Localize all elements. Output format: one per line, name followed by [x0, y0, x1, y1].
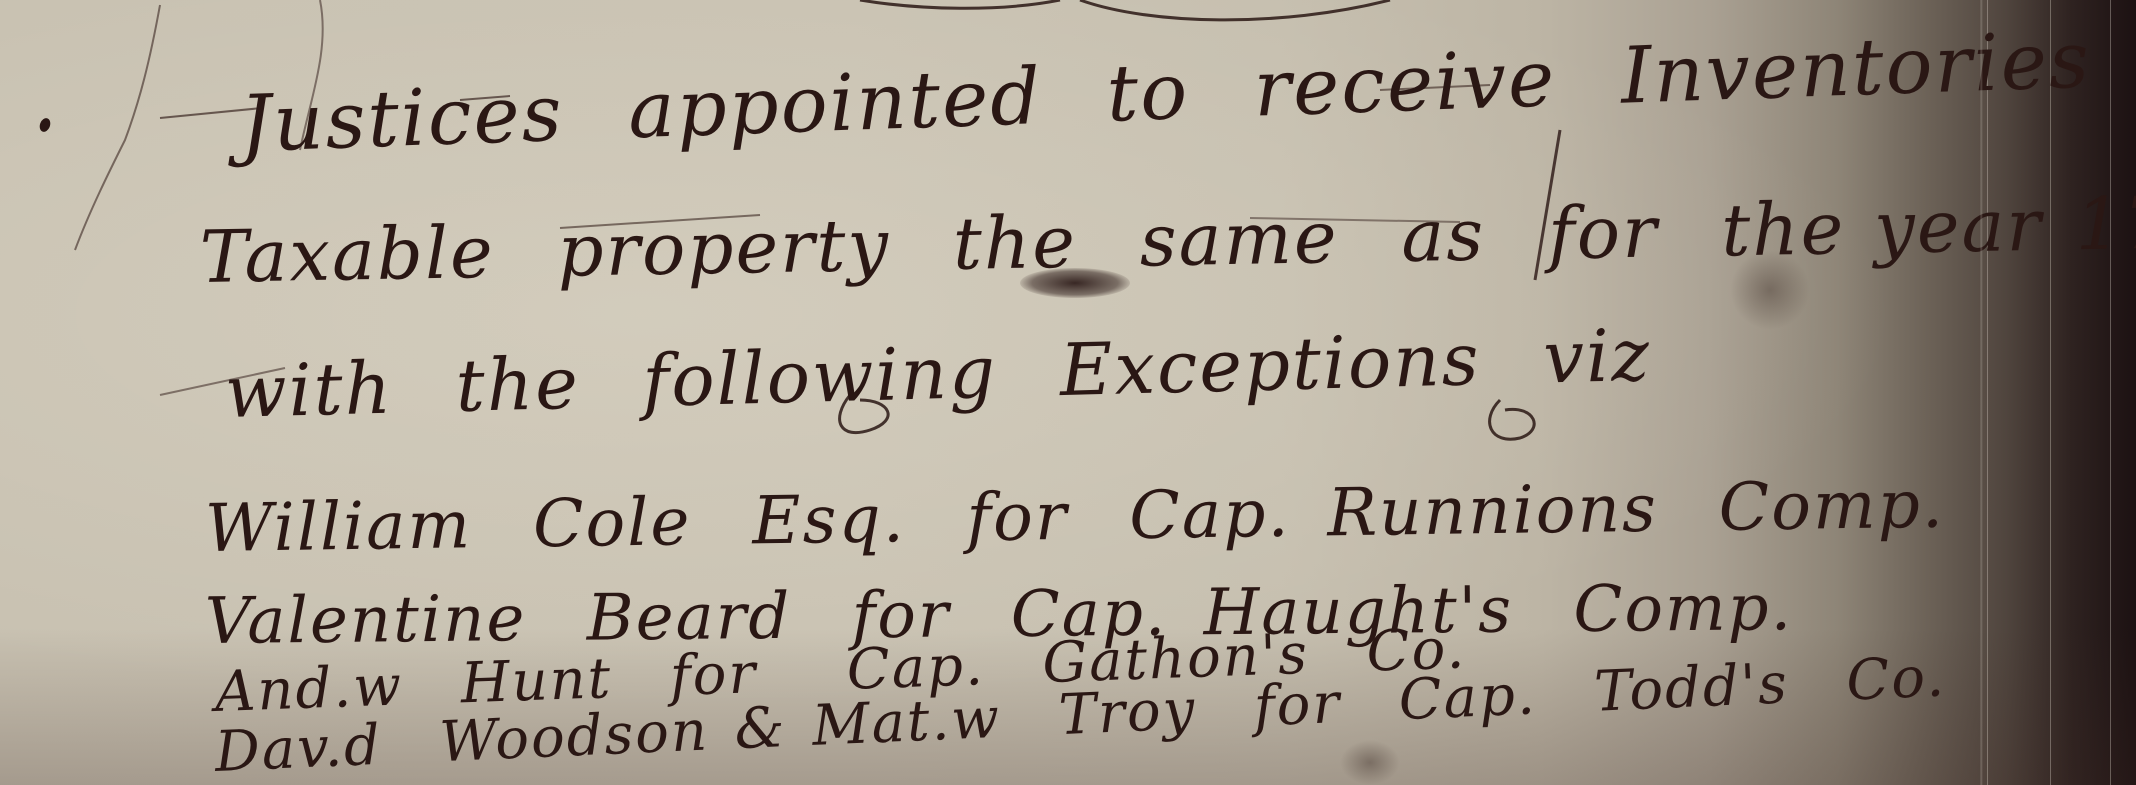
word: Taxable: [199, 210, 495, 299]
word: viz: [1542, 313, 1652, 400]
manuscript-page: Justices appointed to receive Inventorie…: [0, 0, 2136, 785]
word: as: [1401, 193, 1486, 278]
word: with: [224, 346, 394, 434]
manuscript-line-1: Justices appointed to receive Inventorie…: [238, 9, 2136, 170]
word: &: [733, 695, 788, 762]
word: Comp.: [1573, 571, 1793, 647]
word: Dav.d: [214, 713, 384, 785]
word: Cap.: [1397, 662, 1538, 733]
word: Cole: [532, 483, 691, 562]
word: following: [641, 330, 998, 423]
word: the: [1721, 186, 1846, 272]
word: the: [952, 200, 1077, 286]
year-text: 1783: [2075, 179, 2136, 266]
word: the: [455, 341, 581, 428]
word: for: [1252, 671, 1342, 740]
word: for: [1547, 190, 1659, 276]
manuscript-line-4: William Cole Esq. for Cap. Runnions Comp…: [204, 465, 1983, 567]
paper-stain: [1340, 740, 1400, 785]
word: Todd's: [1593, 651, 1790, 724]
manuscript-line-3: with the following Exceptions viz: [224, 312, 1690, 434]
manuscript-line-2: Taxable property the same as for the yea…: [199, 178, 2136, 299]
word: for: [966, 478, 1069, 556]
word: Runnions: [1327, 470, 1658, 552]
word: same: [1139, 195, 1339, 282]
word: Troy: [1057, 677, 1197, 748]
word: Mat.w: [811, 686, 1003, 759]
word: Comp.: [1718, 466, 1945, 546]
word: appointed: [627, 52, 1044, 156]
word: property: [557, 203, 891, 293]
word: Justices: [238, 69, 565, 170]
film-scratch-line: [2110, 0, 2111, 785]
word: Esq.: [752, 480, 906, 559]
word: Valentine: [205, 582, 527, 659]
word: William: [204, 486, 472, 567]
word: Woodson: [438, 698, 710, 775]
word: to: [1105, 47, 1190, 140]
margin-dot: [38, 117, 52, 134]
word: year: [1873, 183, 2043, 270]
film-scratch-line: [1987, 0, 1988, 785]
word: Cap.: [1129, 475, 1291, 554]
word: receive: [1252, 34, 1557, 135]
film-scratch-line: [2050, 0, 2051, 785]
word: Co.: [1845, 644, 1947, 713]
word: Inventories: [1619, 15, 2092, 121]
word: Exceptions: [1059, 317, 1482, 412]
